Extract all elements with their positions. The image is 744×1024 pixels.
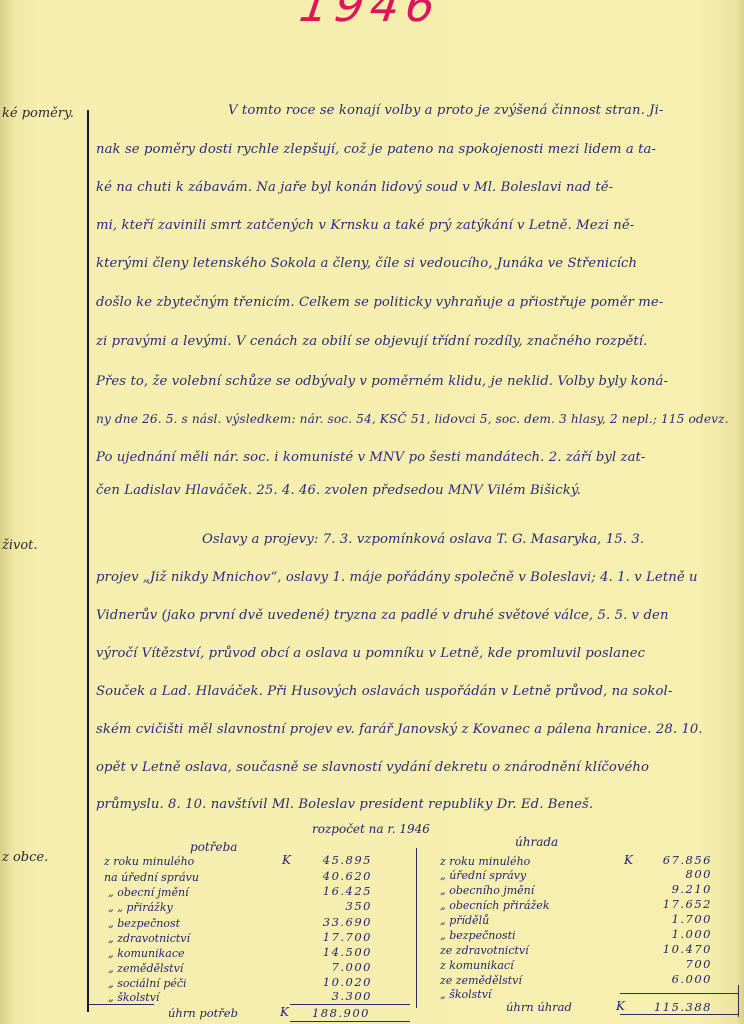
margin-label-life: život. [2, 538, 38, 553]
needs-row-label: „ školství [108, 991, 159, 1004]
coverage-row-value: 6.000 [640, 972, 712, 986]
chronicle-line: Přes to, že volební schůze se odbývaly v… [96, 374, 741, 389]
needs-row-label: „ sociální péči [108, 977, 187, 990]
chronicle-line: ké na chuti k zábavám. Na jaře byl konán… [96, 180, 741, 195]
needs-row-value: 3.300 [300, 989, 372, 1003]
coverage-row-value: 9.210 [640, 882, 712, 896]
coverage-total-overline [620, 993, 738, 994]
coverage-row-label: ze zemědělství [440, 974, 522, 987]
needs-row-value: 45.895 [300, 853, 372, 867]
chronicle-line: mi, kteří zavinili smrt zatčených v Krns… [96, 218, 741, 233]
budget-divider [416, 848, 417, 1008]
needs-column-title: potřeba [190, 840, 237, 854]
chronicle-line: ském cvičišti měl slavnostní projev ev. … [96, 722, 741, 737]
chronicle-line: Souček a Lad. Hlaváček. Při Husových osl… [96, 684, 741, 699]
chronicle-line: kterými členy letenského Sokola a členy,… [96, 256, 741, 271]
coverage-row-value: 1.000 [640, 927, 712, 941]
coverage-row-value: 10.470 [640, 942, 712, 956]
needs-row-label: na úřední správu [104, 871, 199, 884]
needs-row-label: „ bezpečnost [108, 917, 180, 930]
coverage-row-value: 67.856 [640, 853, 712, 867]
coverage-row-value: 800 [640, 867, 712, 881]
coverage-row-label: ze zdravotnictví [440, 944, 529, 957]
coverage-row-value: 1.700 [640, 912, 712, 926]
ledger-page: 1946 ké poměry. život. z obce. V tomto r… [0, 0, 744, 1024]
chronicle-line: Po ujednání měli nár. soc. i komunisté v… [96, 450, 741, 465]
needs-total-label: úhrn potřeb [168, 1006, 238, 1020]
needs-row-value: 10.020 [300, 975, 372, 989]
coverage-total-underline [620, 1014, 738, 1015]
chronicle-line-election-results: ny dne 26. 5. s násl. výsledkem: nár. so… [96, 412, 741, 426]
needs-row-label: z roku minulého [104, 855, 194, 868]
budget-title: rozpočet na r. 1946 [312, 822, 430, 836]
needs-row-value: 7.000 [300, 960, 372, 974]
chronicle-line-celebrations: Oslavy a projevy: 7. 3. vzpomínková osla… [202, 532, 744, 547]
needs-row-value: 14.500 [300, 945, 372, 959]
coverage-row-label: „ školství [440, 988, 491, 1001]
margin-rule-bottom [87, 822, 89, 1012]
currency-mark: K [624, 853, 633, 867]
margin-label-relations: ké poměry. [2, 106, 74, 121]
coverage-right-edge [738, 985, 739, 1017]
currency-mark: K [280, 1005, 289, 1019]
year-heading: 1946 [296, 0, 445, 32]
needs-row-label: „ zdravotnictví [108, 932, 190, 945]
coverage-column-title: úhrada [515, 835, 558, 849]
coverage-row-label: „ přídělů [440, 914, 489, 927]
chronicle-line: čen Ladislav Hlaváček. 25. 4. 46. zvolen… [96, 483, 741, 498]
needs-row-value: 16.425 [300, 884, 372, 898]
coverage-total-value: 115.388 [632, 1000, 712, 1014]
chronicle-line: zi pravými a levými. V cenách za obilí s… [96, 334, 741, 349]
needs-row-label: „ „ přirážky [108, 901, 173, 914]
needs-total-underline [290, 1021, 410, 1022]
chronicle-line: projev „Již nikdy Mnichov“, oslavy 1. má… [96, 570, 741, 585]
needs-row-value: 17.700 [300, 930, 372, 944]
coverage-row-label: z komunikací [440, 959, 514, 972]
coverage-row-value: 17.652 [640, 897, 712, 911]
needs-total-overline [290, 1004, 410, 1005]
chronicle-line: výročí Vítězství, průvod obcí a oslava u… [96, 646, 741, 661]
coverage-row-label: „ úřední správy [440, 869, 526, 882]
needs-row-value: 350 [300, 899, 372, 913]
currency-mark: K [282, 853, 291, 867]
coverage-row-label: „ obecních přirážek [440, 899, 549, 912]
coverage-row-label: „ bezpečnosti [440, 929, 516, 942]
needs-row-value: 33.690 [300, 915, 372, 929]
currency-mark: K [616, 999, 625, 1013]
needs-left-underline [88, 1004, 154, 1005]
margin-label-municipality: z obce. [2, 850, 48, 865]
needs-row-label: „ zemědělství [108, 962, 183, 975]
chronicle-line: V tomto roce se konají volby a proto je … [228, 103, 744, 118]
needs-row-label: „ komunikace [108, 947, 185, 960]
chronicle-line: průmyslu. 8. 10. navštívil Ml. Boleslav … [96, 797, 741, 812]
coverage-row-label: „ obecního jmění [440, 884, 534, 897]
chronicle-line: nak se poměry dosti rychle zlepšují, což… [96, 142, 741, 157]
chronicle-line: Vidnerův (jako první dvě uvedené) tryzna… [96, 608, 741, 623]
needs-row-label: „ obecní jmění [108, 886, 189, 899]
chronicle-line: opět v Letně oslava, současně se slavnos… [96, 760, 741, 775]
coverage-row-label: z roku minulého [440, 855, 530, 868]
margin-rule [87, 110, 89, 822]
coverage-row-value: 700 [640, 957, 712, 971]
coverage-total-label: úhrn úhrad [506, 1000, 572, 1014]
chronicle-line: došlo ke zbytečným třenicím. Celkem se p… [96, 295, 741, 310]
needs-row-value: 40.620 [300, 869, 372, 883]
needs-total-value: 188.900 [296, 1006, 370, 1020]
